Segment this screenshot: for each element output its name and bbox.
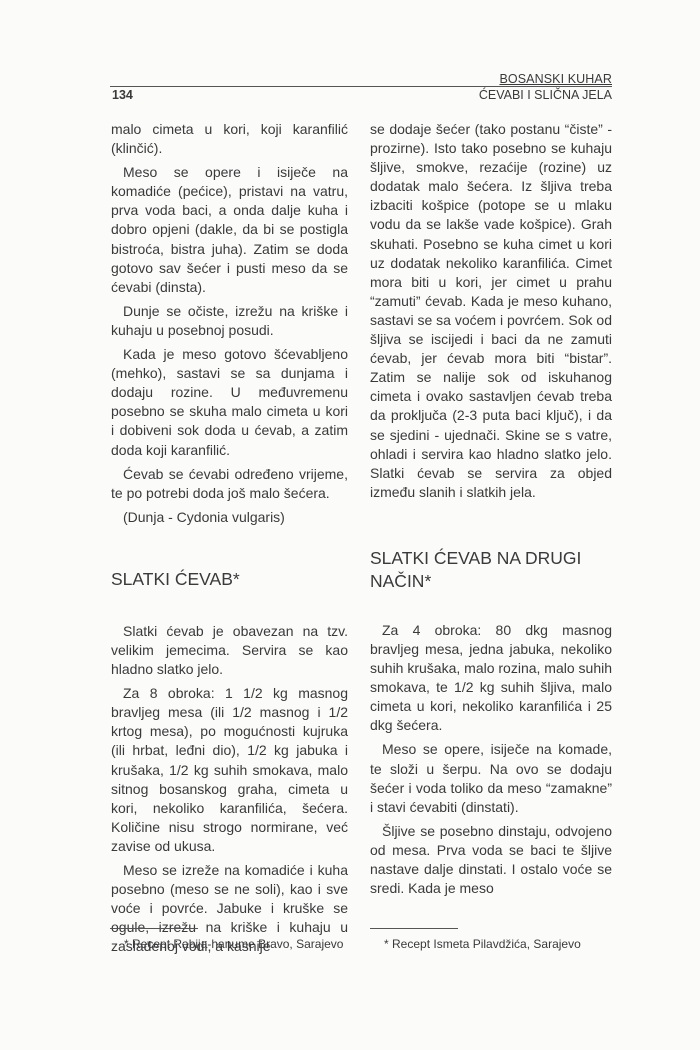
footnote-left: * Recept Rabija-hanume Bravo, Sarajevo — [110, 928, 343, 951]
footnote-rule — [110, 928, 198, 929]
paragraph: Šljive se posebno dinstaju, odvo­jeno od… — [370, 822, 612, 898]
section-heading-slatki-cevab-na-drugi-nacin: SLATKI ĆEVAB NA DRUGI NAČIN* — [370, 547, 612, 593]
book-title: BOSANSKI KUHAR — [499, 72, 612, 86]
chapter-title: ĆEVABI I SLIČNA JELA — [479, 88, 612, 102]
page-number: 134 — [112, 88, 133, 102]
header-rule — [110, 86, 612, 87]
paragraph: se dodaje šećer (tako postanu “čiste” - … — [370, 120, 612, 502]
paragraph: Za 8 obroka: 1 1/2 kg masnog bravljeg me… — [111, 684, 348, 856]
paragraph: Slatki ćevab je obavezan na tzv. velikim… — [111, 622, 348, 679]
right-column: se dodaje šećer (tako postanu “čiste” - … — [370, 120, 612, 903]
book-page: BOSANSKI KUHAR 134 ĆEVABI I SLIČNA JELA … — [0, 0, 700, 1050]
footnote-right: * Recept Ismeta Pilavdžića, Sarajevo — [370, 928, 581, 951]
footnote-text: * Recept Ismeta Pilavdžića, Sarajevo — [370, 937, 581, 951]
left-column: malo cimeta u kori, koji karanfilić (kli… — [111, 120, 348, 961]
paragraph: Dunje se očiste, izrežu na kriške i kuha… — [111, 302, 348, 340]
paragraph: Meso se opere, isiječe na komade, te slo… — [370, 740, 612, 816]
paragraph: malo cimeta u kori, koji karanfilić (kli… — [111, 120, 348, 158]
paragraph: Meso se opere i isiječe na komadiće (peć… — [111, 163, 348, 297]
footnote-text: * Recept Rabija-hanume Bravo, Sarajevo — [110, 937, 343, 951]
footnote-rule — [370, 928, 458, 929]
section-heading-slatki-cevab: SLATKI ĆEVAB* — [111, 568, 348, 591]
paragraph: Kada je meso gotovo šćevab­ljeno (mehko)… — [111, 345, 348, 460]
paragraph: (Dunja - Cydonia vulgaris) — [111, 508, 348, 527]
paragraph: Za 4 obroka: 80 dkg masnog bravljeg mesa… — [370, 621, 612, 736]
paragraph: Ćevab se ćevabi određeno vri­jeme, te po… — [111, 465, 348, 503]
running-head: BOSANSKI KUHAR 134 ĆEVABI I SLIČNA JELA — [110, 72, 612, 108]
